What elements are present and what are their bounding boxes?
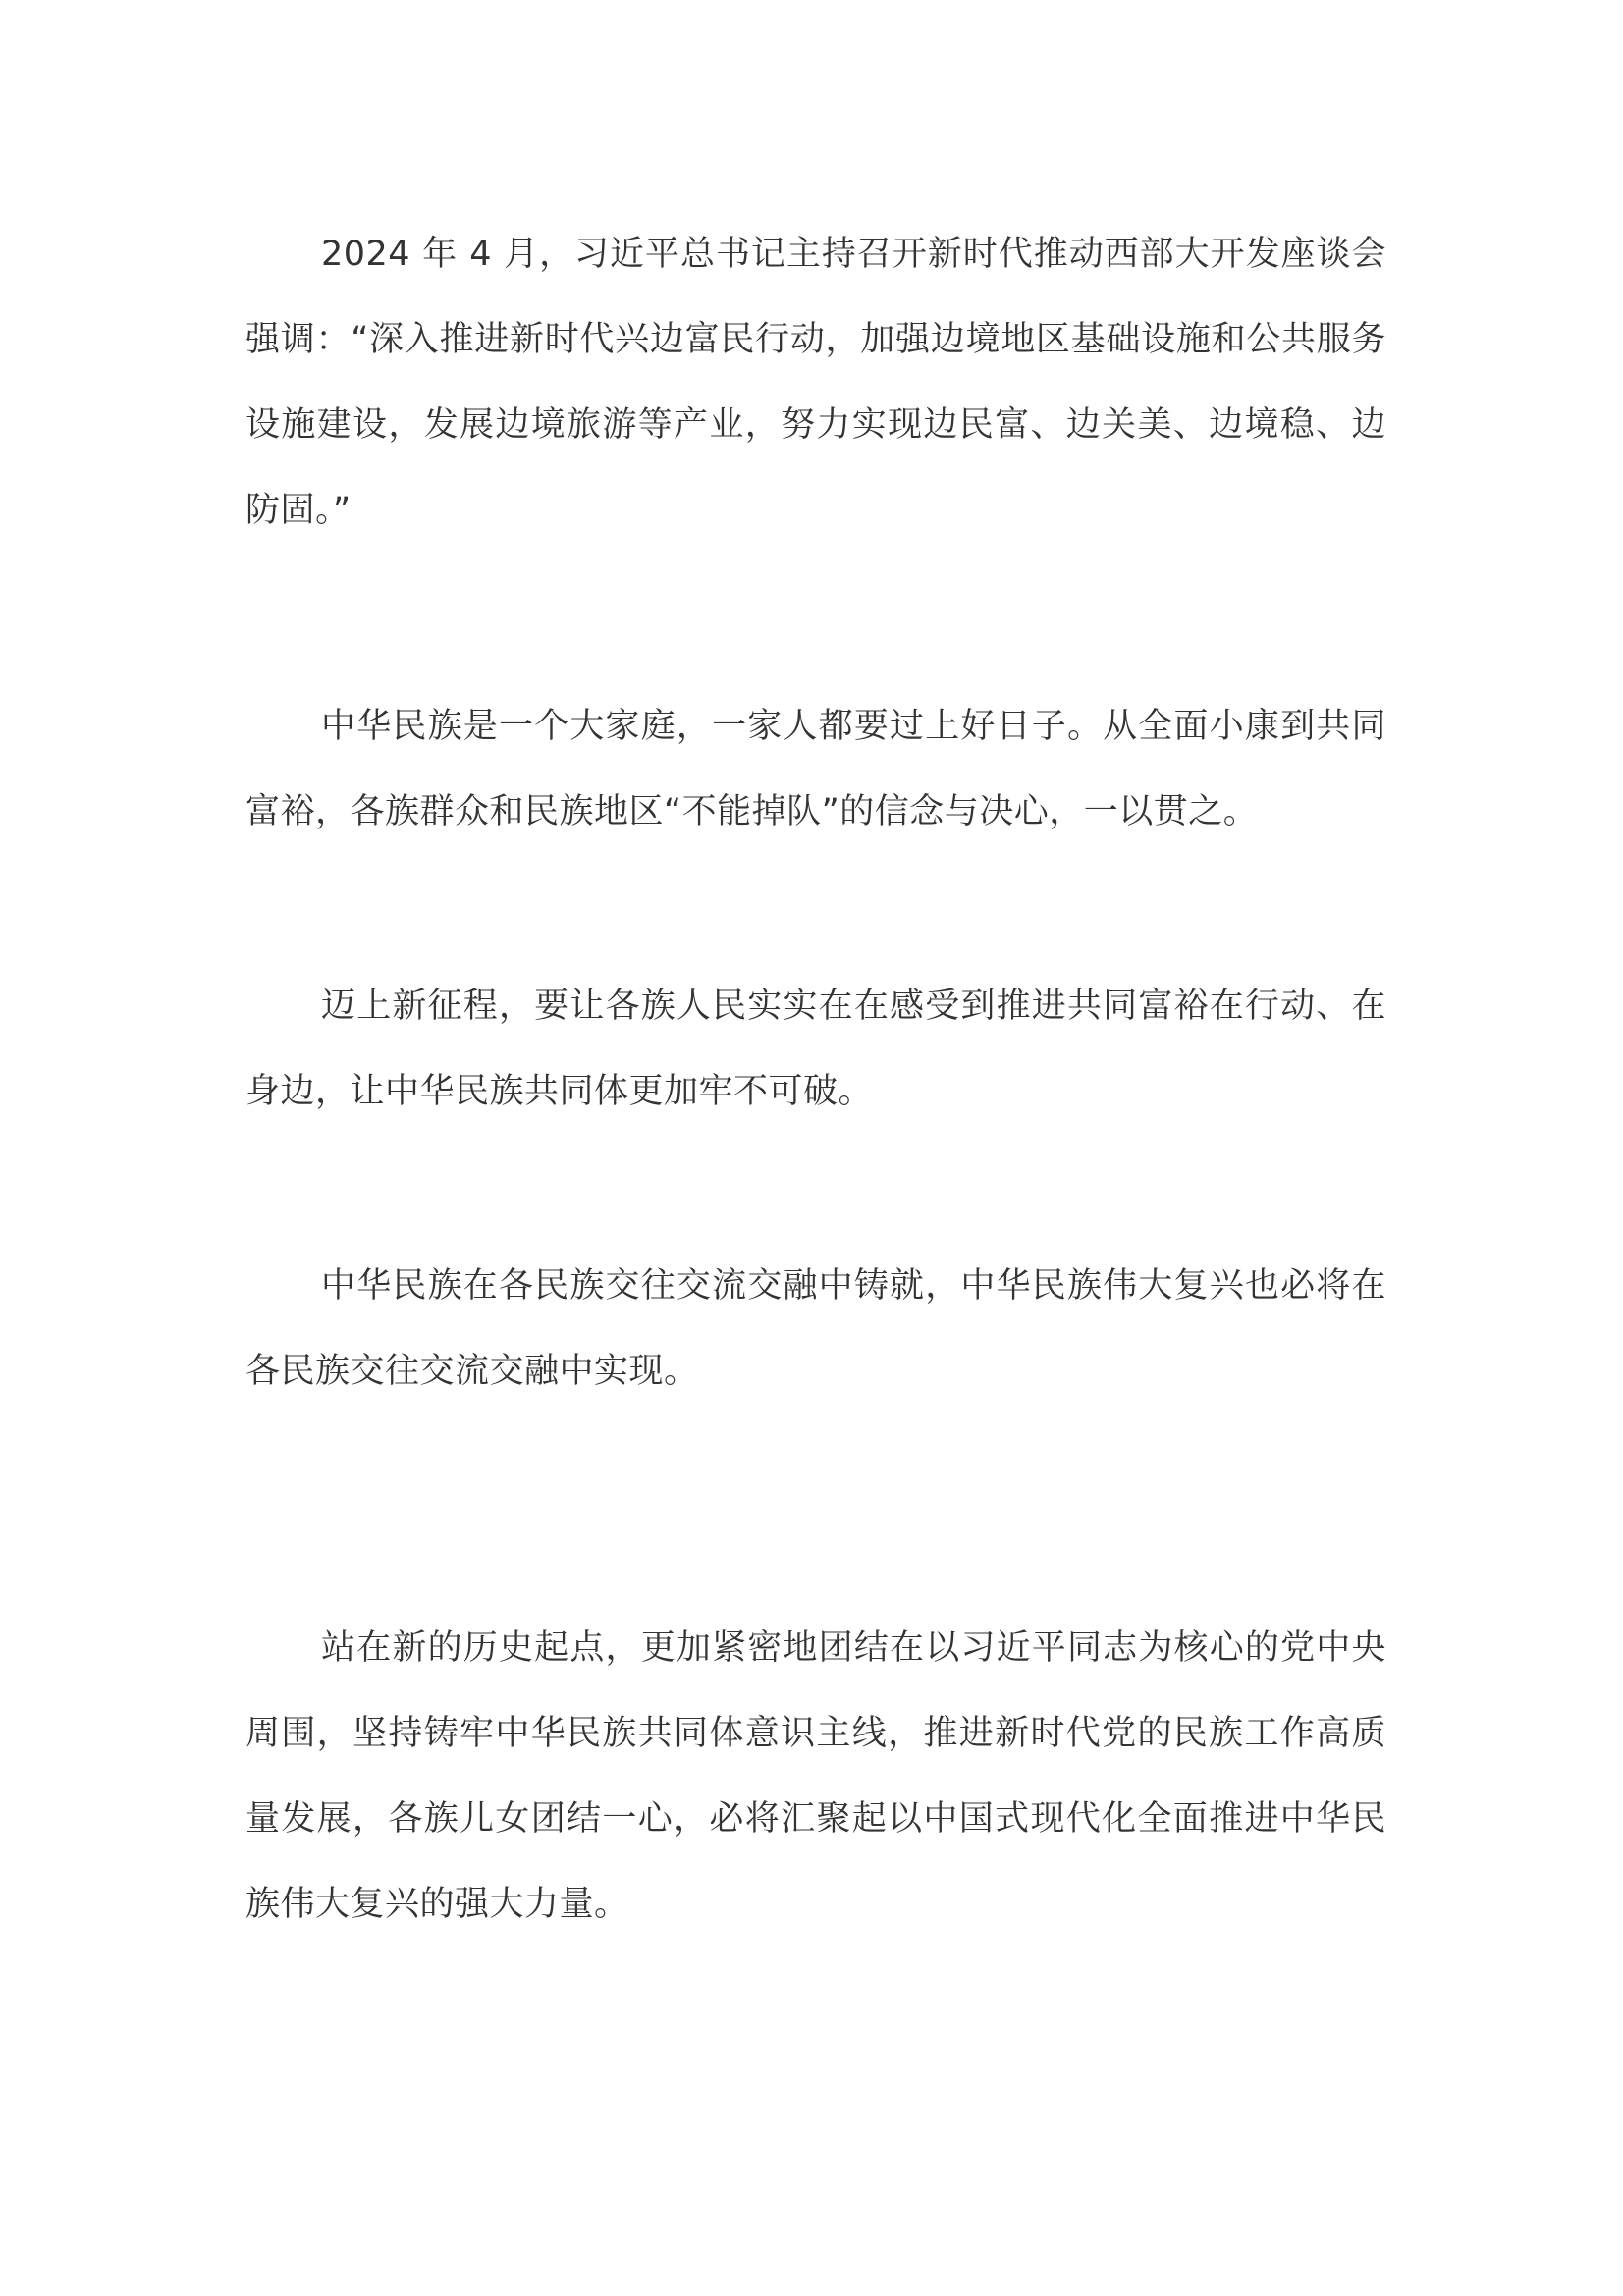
paragraph-new-journey: 迈上新征程，要让各族人民实实在在感受到推进共同富裕在行动、在身边，让中华民族共同…	[245, 964, 1386, 1135]
paragraph-historic-starting-point: 站在新的历史起点，更加紧密地团结在以习近平同志为核心的党中央周围，坚持铸牢中华民…	[245, 1606, 1386, 1948]
paragraph-common-prosperity: 中华民族是一个大家庭，一家人都要过上好日子。从全面小康到共同富裕，各族群众和民族…	[245, 684, 1386, 855]
paragraph-western-development: 2024 年 4 月，习近平总书记主持召开新时代推动西部大开发座谈会强调：“深入…	[245, 212, 1386, 554]
paragraph-ethnic-exchange: 中华民族在各民族交往交流交融中铸就，中华民族伟大复兴也必将在各民族交往交流交融中…	[245, 1244, 1386, 1415]
